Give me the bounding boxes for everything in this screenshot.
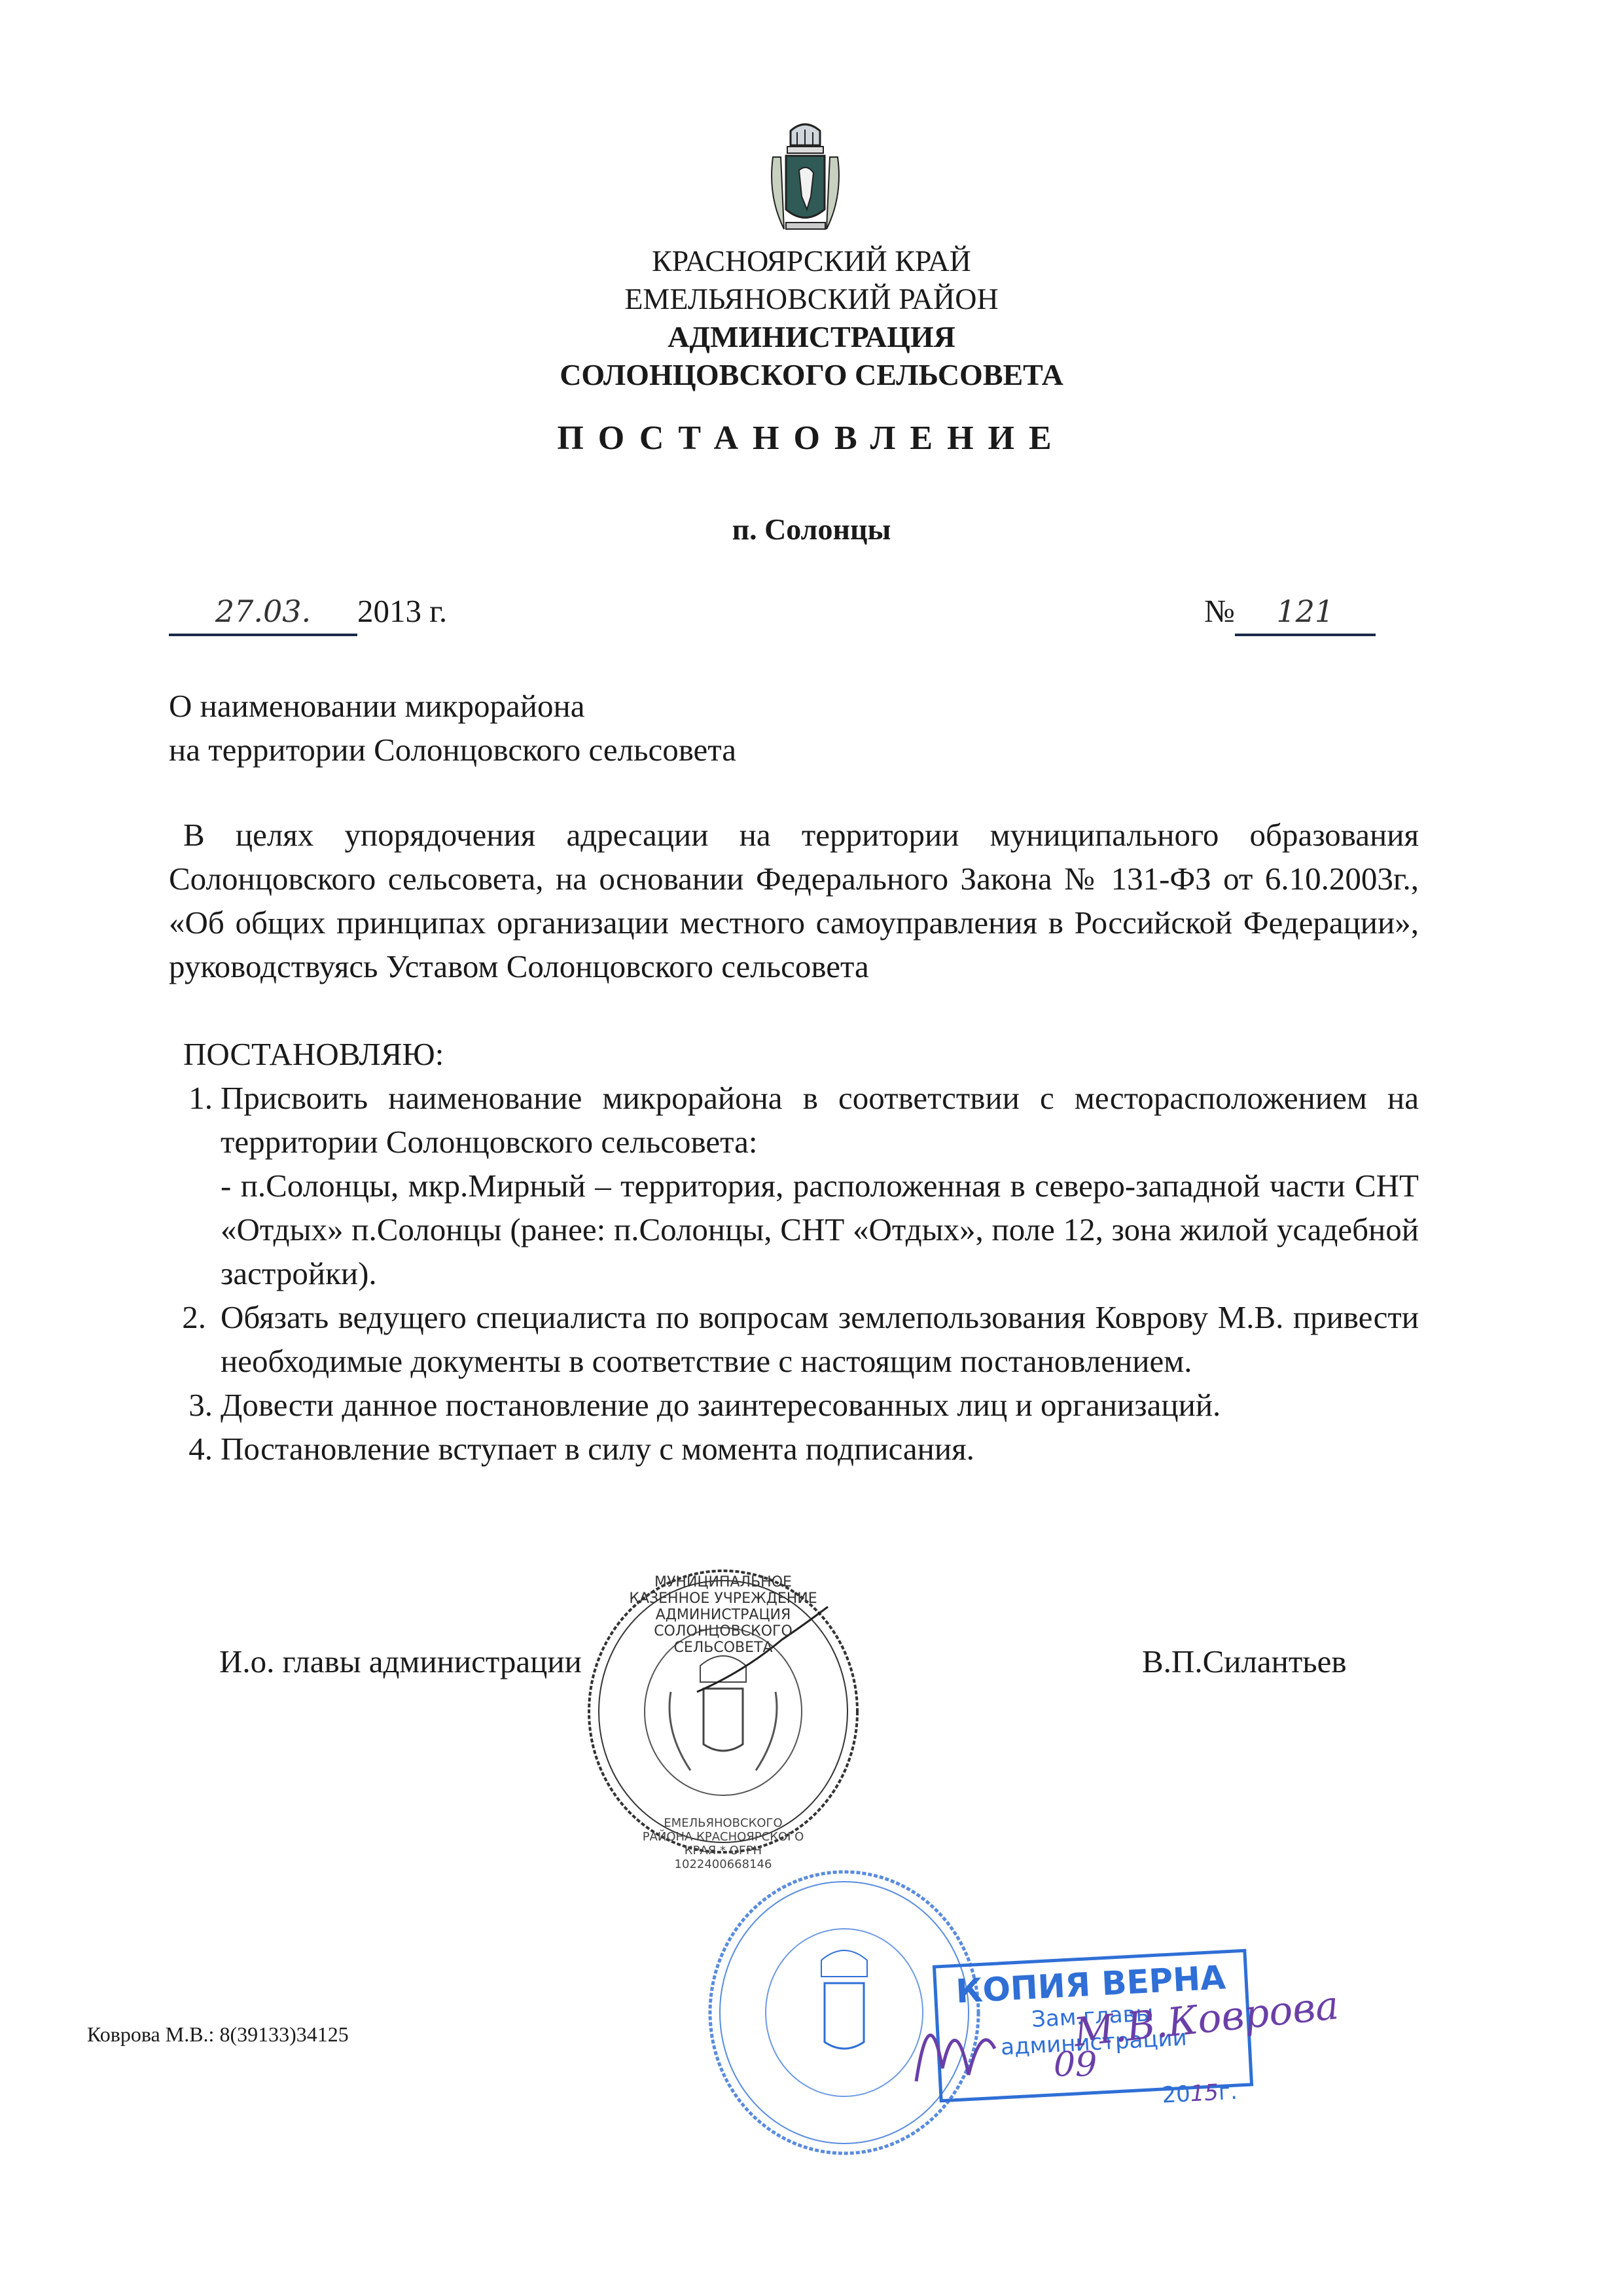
decree-item-1: 1. Присвоить наименование микрорайона в …	[164, 1076, 1419, 1295]
year-suffix: г.	[1218, 2079, 1238, 2106]
item-number: 3.	[164, 1383, 221, 1427]
date-handwritten: 27.03.	[215, 594, 311, 629]
signatory-name: В.П.Силантьев	[1142, 1640, 1347, 1683]
number-field: №121	[1204, 589, 1376, 636]
organization-line2: СОЛОНЦОВСКОГО СЕЛЬСОВЕТА	[0, 356, 1623, 394]
item-text: Обязать ведущего специалиста по вопросам…	[221, 1295, 1419, 1383]
handwritten-signature-icon	[903, 1970, 1001, 2094]
number-label: №	[1204, 593, 1235, 629]
decree-item-2: 2. Обязать ведущего специалиста по вопро…	[164, 1295, 1419, 1383]
number-handwritten: 121	[1276, 594, 1334, 629]
number-blank: 121	[1235, 589, 1376, 636]
official-round-seal: МУНИЦИПАЛЬНОЕ КАЗЕННОЕ УЧРЕЖДЕНИЕ АДМИНИ…	[586, 1568, 861, 1856]
signatory-position: И.о. главы администрации	[219, 1640, 582, 1683]
date-field: 27.03.2013 г.	[169, 589, 447, 636]
place-name: п. Солонцы	[0, 511, 1623, 548]
date-blank: 27.03.	[169, 589, 357, 636]
round-seal-outer-text: МУНИЦИПАЛЬНОЕ КАЗЕННОЕ УЧРЕЖДЕНИЕ АДМИНИ…	[618, 1574, 828, 1656]
subject-line1: О наименовании микрорайона	[169, 684, 584, 728]
region-name: КРАСНОЯРСКИЙ КРАЙ	[0, 242, 1623, 280]
item-text: Присвоить наименование микрорайона в соо…	[221, 1076, 1419, 1164]
coat-of-arms-icon	[768, 118, 843, 242]
preamble-paragraph: В целях упорядочения адресации на террит…	[169, 813, 1419, 988]
organization-line1: АДМИНИСТРАЦИЯ	[0, 318, 1623, 356]
item-number: 1.	[164, 1076, 221, 1295]
footer-contact: Коврова М.В.: 8(39133)34125	[87, 2022, 349, 2047]
district-name: ЕМЕЛЬЯНОВСКИЙ РАЙОН	[0, 280, 1623, 318]
item-subtext: - п.Солонцы, мкр.Мирный – территория, ра…	[221, 1164, 1419, 1295]
year-handwritten: 15	[1190, 2079, 1219, 2107]
item-number: 2.	[164, 1295, 221, 1383]
preamble-text: В целях упорядочения адресации на террит…	[169, 817, 1419, 984]
subject-line2: на территории Солонцовского сельсовета	[169, 728, 736, 772]
document-type-title: ПОСТАНОВЛЕНИЕ	[0, 419, 1623, 457]
date-year: 2013 г.	[357, 593, 447, 629]
item-number: 4.	[164, 1427, 221, 1471]
item-text: Довести данное постановление до заинтере…	[221, 1383, 1419, 1427]
decree-item-3: 3. Довести данное постановление до заинт…	[164, 1383, 1419, 1427]
round-seal-inner-text: ЕМЕЛЬЯНОВСКОГО РАЙОНА КРАСНОЯРСКОГО КРАЯ…	[638, 1816, 808, 1871]
decree-item-4: 4. Постановление вступает в силу с момен…	[164, 1427, 1419, 1471]
copy-date-handwritten: 09	[1054, 2045, 1097, 2085]
decree-items-list: 1. Присвоить наименование микрорайона в …	[164, 1076, 1419, 1471]
year-prefix: 20	[1161, 2081, 1190, 2108]
item-text: Постановление вступает в силу с момента …	[221, 1427, 1419, 1471]
decree-word: ПОСТАНОВЛЯЮ:	[183, 1032, 444, 1076]
coat-of-arms-emblem	[768, 118, 843, 242]
